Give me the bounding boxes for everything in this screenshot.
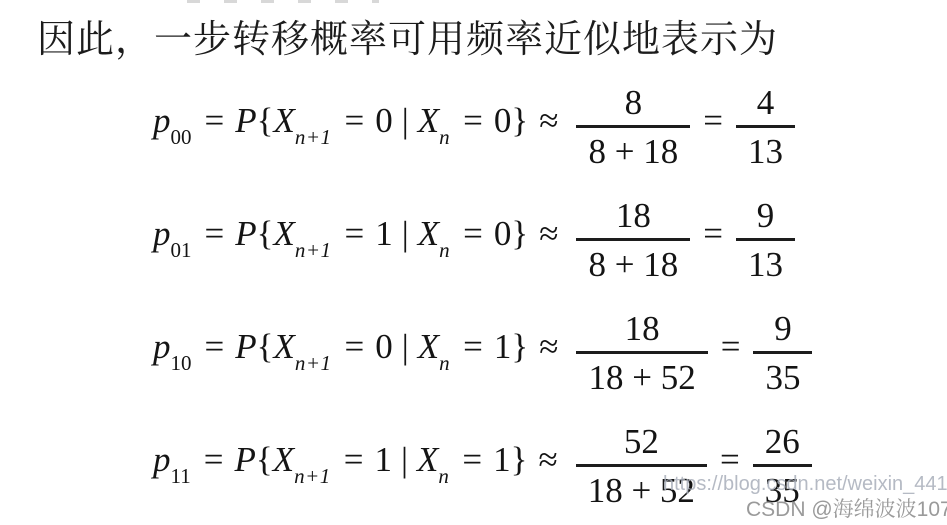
frequency-fraction: 5218 + 52 [576, 422, 707, 510]
given-state-value: 1 [493, 440, 511, 479]
equation-p01: p01=P{Xn+1=1|Xn=0}≈188 + 18=913 [153, 177, 819, 290]
cropped-text-artifact [187, 0, 379, 3]
var-X: X [273, 214, 294, 253]
equation-p00: p00=P{Xn+1=0|Xn=0}≈88 + 18=413 [153, 64, 819, 177]
fraction-denominator: 13 [736, 241, 795, 284]
fraction-denominator: 8 + 18 [576, 128, 690, 171]
fraction-numerator: 52 [576, 422, 707, 467]
conditional-bar: | [402, 214, 409, 253]
var-X: X [418, 214, 439, 253]
fraction-numerator: 4 [736, 83, 795, 128]
fraction-numerator: 26 [753, 422, 812, 467]
X-subscript: n [439, 238, 450, 262]
equals-sign: = [462, 440, 482, 479]
equals-sign: = [345, 327, 365, 366]
fraction-denominator: 18 + 52 [576, 354, 707, 397]
next-state-value: 0 [375, 327, 393, 366]
fraction-denominator: 35 [753, 354, 812, 397]
equals-sign: = [345, 101, 365, 140]
reduced-fraction: 913 [736, 196, 795, 284]
var-p: p [153, 214, 171, 253]
conditional-bar: | [401, 440, 408, 479]
fraction-numerator: 9 [753, 309, 812, 354]
var-p: p [153, 327, 171, 366]
equals-sign: = [205, 327, 225, 366]
close-brace: } [511, 214, 528, 253]
X-subscript: n+1 [294, 464, 331, 488]
equals-sign: = [463, 214, 483, 253]
equals-sign: = [463, 101, 483, 140]
fraction-numerator: 8 [576, 83, 690, 128]
fraction-denominator: 8 + 18 [576, 241, 690, 284]
close-brace: } [511, 440, 528, 479]
equation-p10: p10=P{Xn+1=0|Xn=1}≈1818 + 52=935 [153, 290, 819, 403]
fraction-numerator: 18 [576, 196, 690, 241]
X-subscript: n+1 [295, 125, 332, 149]
p-subscript: 11 [171, 464, 191, 488]
next-state-value: 1 [375, 440, 393, 479]
var-X: X [273, 101, 294, 140]
open-brace: { [257, 214, 274, 253]
var-X: X [417, 440, 438, 479]
equals-sign: = [703, 101, 723, 140]
frequency-fraction: 1818 + 52 [576, 309, 707, 397]
approx-sign: ≈ [539, 327, 558, 366]
fraction-numerator: 9 [736, 196, 795, 241]
var-X: X [418, 327, 439, 366]
var-p: p [153, 101, 171, 140]
var-P: P [234, 440, 255, 479]
watermark-credit: CSDN @海绵波波107 [746, 493, 947, 523]
X-subscript: n [439, 125, 450, 149]
approx-sign: ≈ [538, 440, 557, 479]
equation-block: p00=P{Xn+1=0|Xn=0}≈88 + 18=413 p01=P{Xn+… [153, 64, 819, 516]
equals-sign: = [345, 214, 365, 253]
var-P: P [235, 214, 256, 253]
fraction-denominator: 13 [736, 128, 795, 171]
var-p: p [153, 440, 171, 479]
p-subscript: 10 [171, 351, 192, 375]
p-subscript: 00 [171, 125, 192, 149]
X-subscript: n+1 [295, 351, 332, 375]
var-X: X [273, 440, 294, 479]
X-subscript: n [439, 351, 450, 375]
equals-sign: = [721, 327, 741, 366]
close-brace: } [511, 101, 528, 140]
var-X: X [418, 101, 439, 140]
equation-p11: p11=P{Xn+1=1|Xn=1}≈5218 + 52=2635 [153, 403, 819, 516]
var-P: P [235, 327, 256, 366]
open-brace: { [257, 101, 274, 140]
fraction-numerator: 18 [576, 309, 707, 354]
reduced-fraction: 413 [736, 83, 795, 171]
page-title: 因此，一步转移概率可用频率近似地表示为 [37, 8, 778, 63]
conditional-bar: | [402, 101, 409, 140]
open-brace: { [257, 327, 274, 366]
given-state-value: 1 [494, 327, 512, 366]
equals-sign: = [344, 440, 364, 479]
p-subscript: 01 [171, 238, 192, 262]
var-X: X [273, 327, 294, 366]
equals-sign: = [205, 214, 225, 253]
equals-sign: = [703, 214, 723, 253]
approx-sign: ≈ [539, 214, 558, 253]
equals-sign: = [204, 440, 224, 479]
given-state-value: 0 [494, 101, 512, 140]
var-P: P [235, 101, 256, 140]
conditional-bar: | [402, 327, 409, 366]
frequency-fraction: 188 + 18 [576, 196, 690, 284]
approx-sign: ≈ [539, 101, 558, 140]
frequency-fraction: 88 + 18 [576, 83, 690, 171]
lecture-slide: { "title": "因此，一步转移概率可用频率近似地表示为", "symbo… [0, 0, 947, 525]
equals-sign: = [463, 327, 483, 366]
next-state-value: 0 [375, 101, 393, 140]
reduced-fraction: 935 [753, 309, 812, 397]
next-state-value: 1 [375, 214, 393, 253]
given-state-value: 0 [494, 214, 512, 253]
X-subscript: n+1 [295, 238, 332, 262]
X-subscript: n [438, 464, 449, 488]
equals-sign: = [205, 101, 225, 140]
close-brace: } [511, 327, 528, 366]
open-brace: { [256, 440, 273, 479]
